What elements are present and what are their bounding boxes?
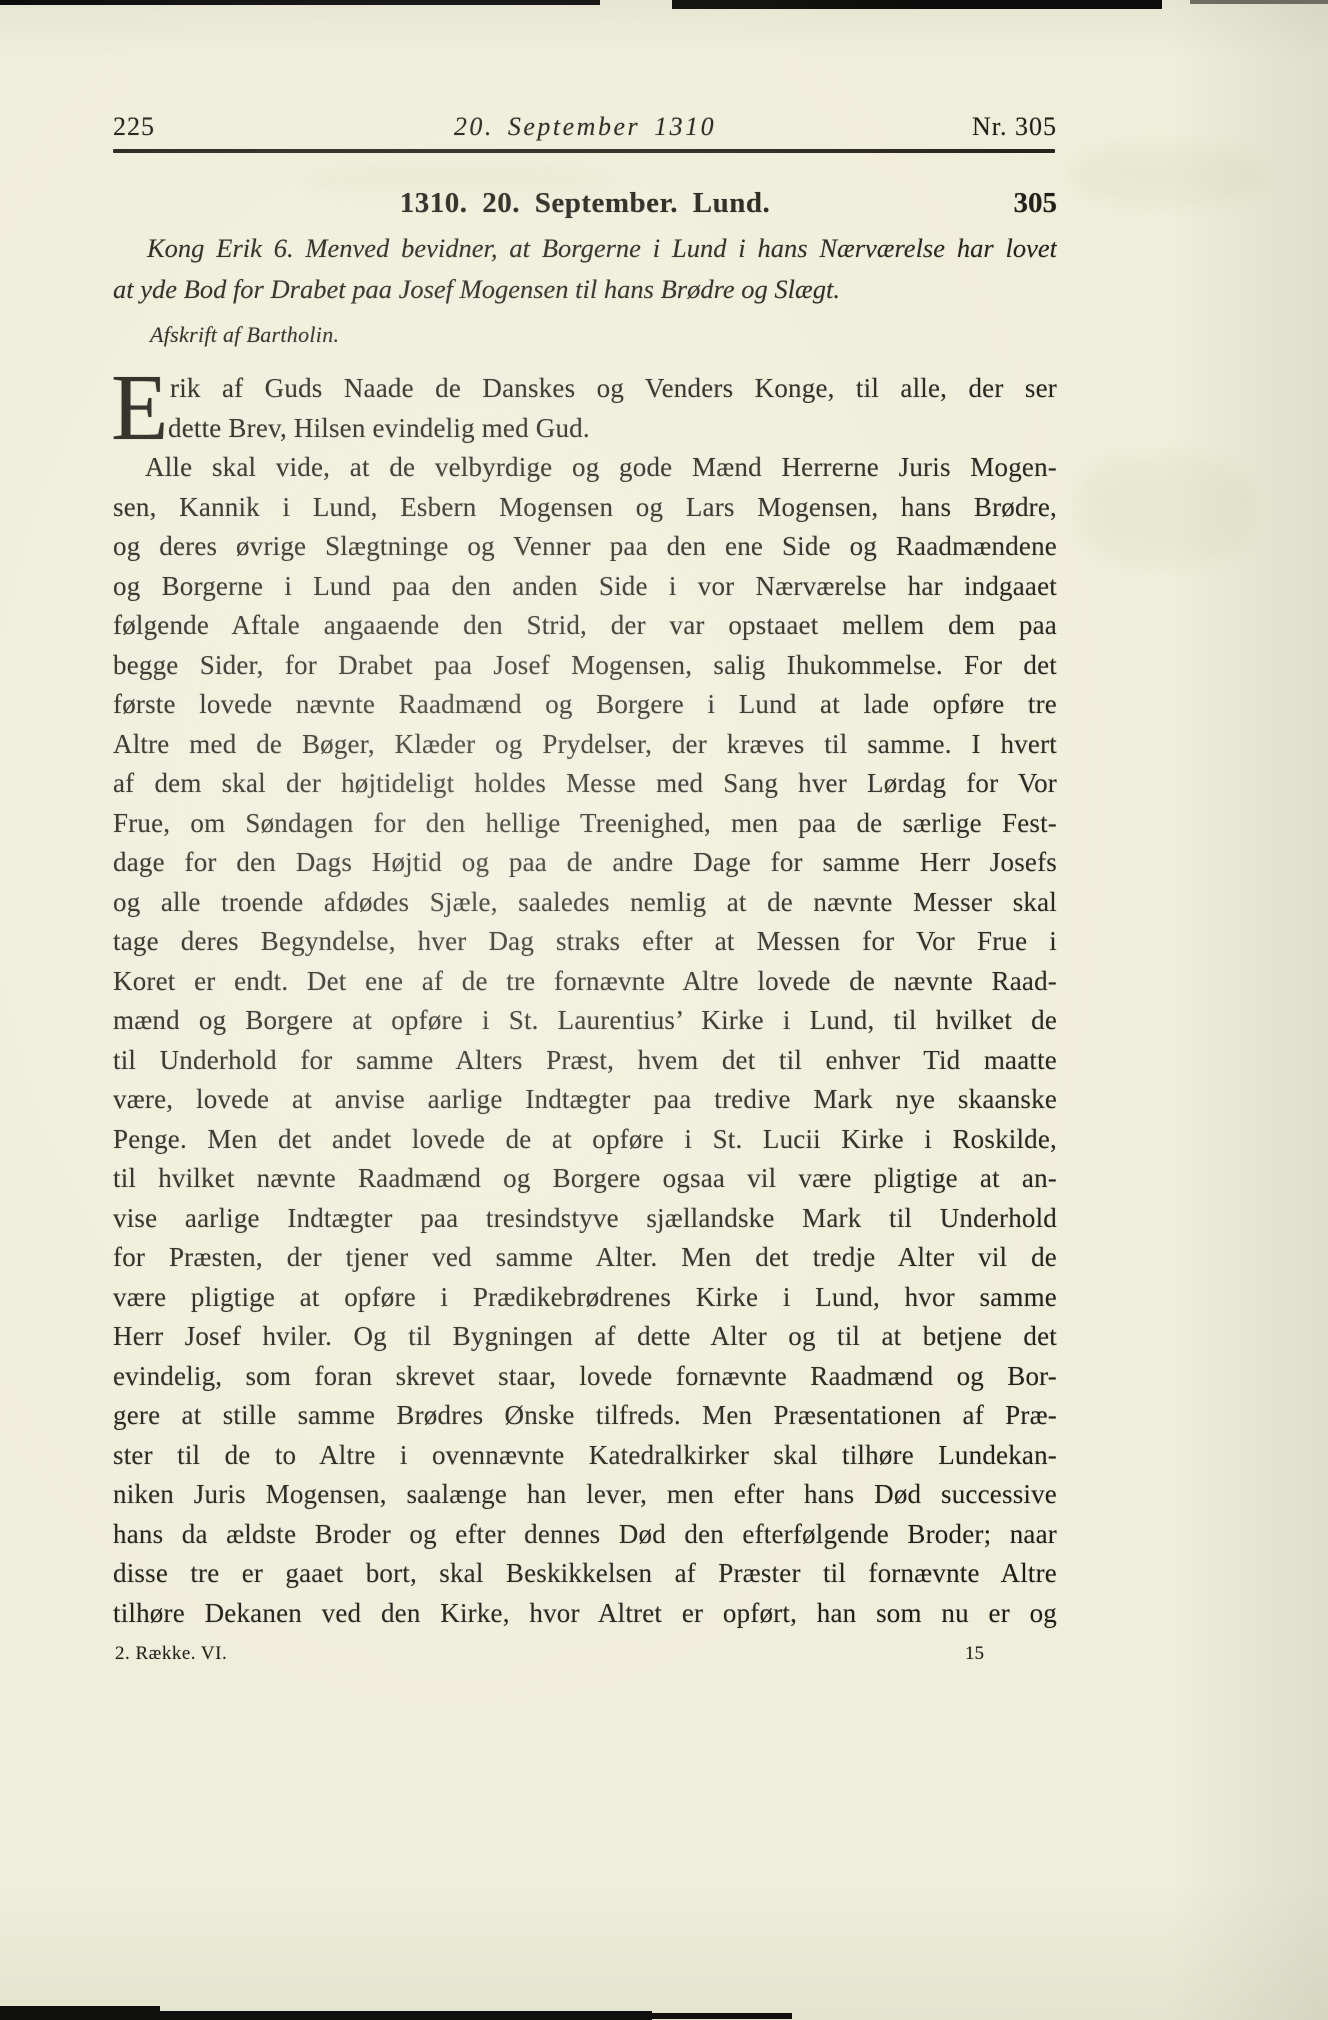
body-line: og Borgerne i Lund paa den anden Side i … <box>113 567 1057 607</box>
paragraph-main: Alle skal vide, at de velbyrdige og gode… <box>113 448 1057 1633</box>
header-rule <box>113 149 1055 153</box>
page-footer: 2. Række. VI. 15 <box>113 1643 1057 1669</box>
body-line: og deres øvrige Slægtninge og Venner paa… <box>113 527 1057 567</box>
heading-title: 1310. 20. September. Lund. <box>113 187 1057 220</box>
scan-artifact-bar-top-left <box>0 0 600 5</box>
body-line: disse tre er gaaet bort, skal Beskikkels… <box>113 1554 1057 1594</box>
body-line: mænd og Borgere at opføre i St. Laurenti… <box>113 1001 1057 1041</box>
summary-line: Kong Erik 6. Menved bevidner, at Borgern… <box>113 228 1057 269</box>
bleed-through-smudge <box>1075 455 1255 565</box>
body-line: dage for den Dags Højtid og paa de andre… <box>113 843 1057 883</box>
summary: Kong Erik 6. Menved bevidner, at Borgern… <box>113 228 1057 310</box>
sheet-number: 15 <box>965 1643 984 1665</box>
body-line: første lovede nævnte Raadmænd og Borgere… <box>113 685 1057 725</box>
body-line: Herr Josef hviler. Og til Bygningen af d… <box>113 1317 1057 1357</box>
bleed-through-smudge <box>1075 145 1265 205</box>
body-line: være pligtige at opføre i Prædikebrødren… <box>113 1278 1057 1318</box>
body-line: niken Juris Mogensen, saalænge han lever… <box>113 1475 1057 1515</box>
body-line: tilhøre Dekanen ved den Kirke, hvor Altr… <box>113 1594 1057 1634</box>
body-line: ster til de to Altre i ovennævnte Katedr… <box>113 1436 1057 1476</box>
heading-number: 305 <box>1014 187 1058 220</box>
body-line: være, lovede at anvise aarlige Indtægter… <box>113 1080 1057 1120</box>
body-line: og alle troende afdødes Sjæle, saaledes … <box>113 883 1057 923</box>
body-line: af dem skal der højtideligt holdes Messe… <box>113 764 1057 804</box>
scan-artifact-bar-top-corner <box>1190 0 1328 4</box>
scan-artifact-bar-top-right <box>672 0 1162 9</box>
source-note: Afskrift af Bartholin. <box>150 322 339 348</box>
document-heading: 1310. 20. September. Lund. 305 <box>113 187 1057 221</box>
body-line: følgende Aftale angaaende den Strid, der… <box>113 606 1057 646</box>
running-title: 20. September 1310 <box>113 112 1057 142</box>
body-line: til Underhold for samme Alters Præst, hv… <box>113 1041 1057 1081</box>
body-line: for Præsten, der tjener ved samme Alter.… <box>113 1238 1057 1278</box>
body-line: til hvilket nævnte Raadmænd og Borgere o… <box>113 1159 1057 1199</box>
body-line: Penge. Men det andet lovede de at opføre… <box>113 1120 1057 1160</box>
paragraph-opening-lines: rik af Guds Naade de Danskes og Venders … <box>113 369 1057 448</box>
body-line: begge Sider, for Drabet paa Josef Mogens… <box>113 646 1057 686</box>
body-line: gere at stille samme Brødres Ønske tilfr… <box>113 1396 1057 1436</box>
body-line: Frue, om Søndagen for den hellige Treeni… <box>113 804 1057 844</box>
page-header: 225 20. September 1310 Nr. 305 <box>113 112 1057 146</box>
body-line: Altre med de Bøger, Klæder og Prydelser,… <box>113 725 1057 765</box>
body-line: sen, Kannik i Lund, Esbern Mogensen og L… <box>113 488 1057 528</box>
summary-line: at yde Bod for Drabet paa Josef Mogensen… <box>113 269 1057 310</box>
scan-artifact-bar-bottom-left <box>0 2006 160 2020</box>
document-number-label: Nr. 305 <box>972 112 1057 142</box>
body-line: evindelig, som foran skrevet staar, love… <box>113 1357 1057 1397</box>
scan-artifact-bar-bottom-right <box>652 2013 792 2019</box>
body-line: Koret er endt. Det ene af de tre fornævn… <box>113 962 1057 1002</box>
series-label: 2. Række. VI. <box>115 1643 227 1665</box>
body-line: Alle skal vide, at de velbyrdige og gode… <box>113 448 1057 488</box>
body-line: tage deres Begyndelse, hver Dag straks e… <box>113 922 1057 962</box>
body-text: E rik af Guds Naade de Danskes og Vender… <box>113 369 1057 1633</box>
body-line: vise aarlige Indtægter paa tresindstyve … <box>113 1199 1057 1239</box>
body-line: rik af Guds Naade de Danskes og Venders … <box>113 369 1057 409</box>
scanned-book-page: { "header": { "page_number": "225", "run… <box>0 0 1328 2020</box>
body-line: dette Brev, Hilsen evindelig med Gud. <box>113 409 1057 449</box>
scan-artifact-bar-bottom-mid <box>160 2011 652 2020</box>
drop-cap: E <box>111 372 168 445</box>
body-line: hans da ældste Broder og efter dennes Dø… <box>113 1515 1057 1555</box>
paragraph-opening: E rik af Guds Naade de Danskes og Vender… <box>113 369 1057 448</box>
